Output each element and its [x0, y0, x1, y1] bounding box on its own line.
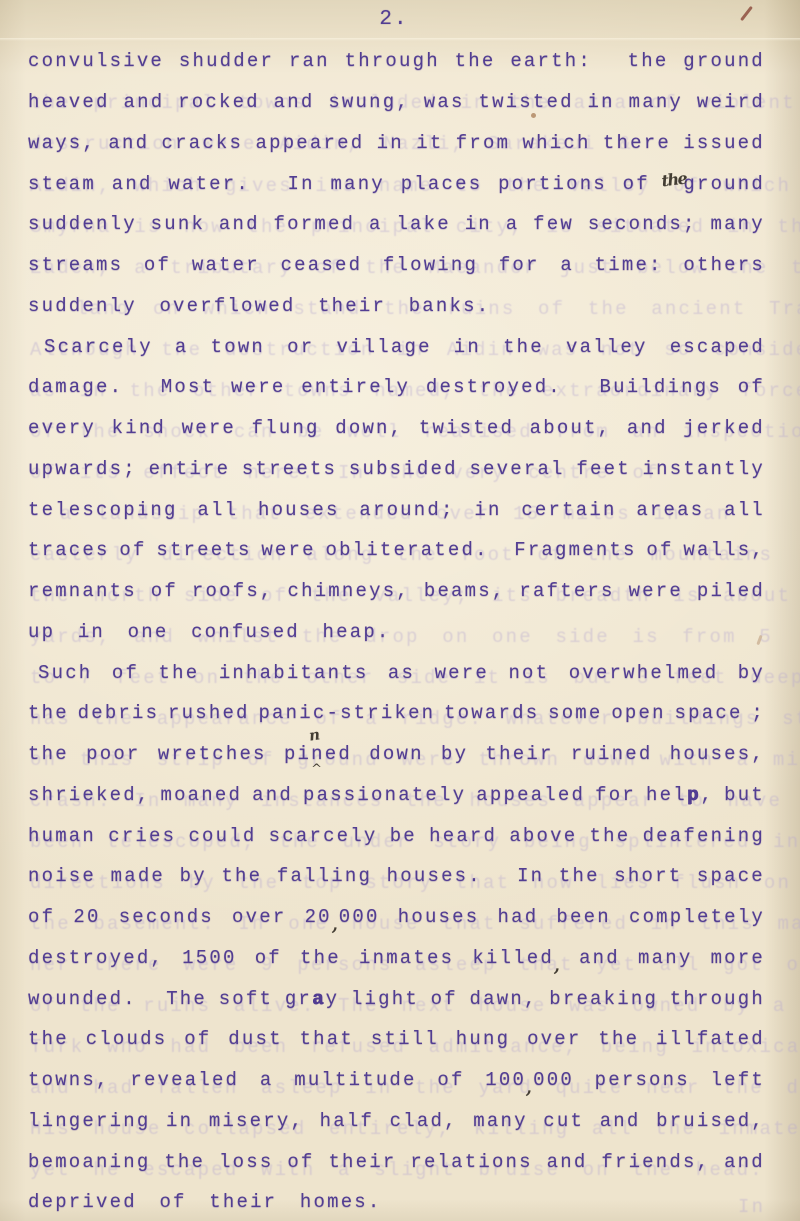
- typed-text: flowing: [383, 254, 478, 276]
- text-line: streamsofwaterceasedflowingforatime:othe…: [28, 245, 765, 286]
- typed-text: hel: [646, 784, 687, 806]
- typed-text: 000: [339, 906, 380, 928]
- typed-word: lingering: [28, 1110, 150, 1132]
- typed-text: houses: [398, 906, 480, 928]
- typed-word: the: [28, 1028, 69, 1050]
- typed-word: water: [192, 254, 260, 276]
- handwritten-comma: ,: [526, 1085, 533, 1086]
- typed-text: many: [473, 1110, 527, 1132]
- typed-word: their: [486, 743, 554, 765]
- typed-text: in: [166, 1110, 193, 1132]
- typed-text: twisted: [478, 91, 573, 113]
- text-line: of20secondsover20,000houseshadbeencomple…: [28, 897, 765, 938]
- typed-text: ruined: [571, 743, 653, 765]
- typed-text: moaned: [160, 784, 242, 806]
- typed-text: confused: [191, 621, 300, 643]
- typed-text: In: [517, 865, 544, 887]
- text-line: shrieked,moanedandpassionatelyappealedfo…: [28, 775, 765, 816]
- typed-text: and: [274, 91, 315, 113]
- typed-text: through: [345, 50, 440, 72]
- typed-text: sunk: [151, 213, 205, 235]
- typed-word: soft: [219, 988, 273, 1010]
- typed-word: overflowed: [159, 295, 295, 317]
- typed-word: inhabitants: [219, 662, 369, 684]
- typed-word: by: [180, 865, 207, 887]
- typed-word: Buildings: [600, 376, 722, 398]
- typed-text: their: [209, 1191, 277, 1213]
- typed-word: bemoaning: [28, 1151, 150, 1173]
- typed-word: earth:: [510, 50, 592, 72]
- typed-text: houses.: [387, 865, 482, 887]
- typed-word: in: [465, 213, 492, 235]
- typed-text: convulsive: [28, 50, 164, 72]
- typed-word: rocked: [178, 91, 260, 113]
- typed-text: town: [211, 336, 265, 358]
- text-line: steamandwater.Inmanyplacesportionsoftheg…: [28, 163, 765, 204]
- typed-word: houses,: [670, 743, 765, 765]
- typed-word: and: [219, 213, 260, 235]
- typed-word: every: [28, 417, 96, 439]
- typed-text: the: [455, 50, 496, 72]
- typed-text: of: [151, 580, 178, 602]
- typed-text: ;: [751, 702, 765, 724]
- typed-text: half: [320, 1110, 374, 1132]
- typed-text: it: [416, 132, 443, 154]
- typed-word: of: [255, 947, 282, 969]
- text-line: heavedandrockedandswung,wastwistedinmany…: [28, 82, 765, 123]
- typed-word: left: [711, 1069, 765, 1091]
- typed-text: over: [527, 1028, 581, 1050]
- typed-text: about,: [530, 417, 612, 439]
- typed-text: in: [588, 91, 615, 113]
- typed-text: overwhelmed: [569, 662, 719, 684]
- text-line: suddenlysunkandformedalakeinafewseconds;…: [28, 204, 765, 245]
- typed-word: in: [588, 91, 615, 113]
- typed-text: human: [28, 825, 96, 847]
- typed-text: village: [336, 336, 431, 358]
- typed-word: around;: [359, 499, 454, 521]
- typed-text: and: [112, 173, 153, 195]
- typed-word: sunk: [151, 213, 205, 235]
- typed-text: their: [328, 1151, 396, 1173]
- typed-word: had: [497, 906, 538, 928]
- typed-word: were: [629, 580, 683, 602]
- typed-text: rafters: [519, 580, 614, 602]
- typed-text: time:: [595, 254, 663, 276]
- typed-word: Scarcely: [44, 336, 153, 358]
- typed-word: the: [300, 947, 341, 969]
- typed-text: instantly: [643, 458, 765, 480]
- typed-word: several: [469, 458, 564, 480]
- typed-word: streets: [242, 458, 337, 480]
- typed-word: banks.: [409, 295, 491, 317]
- typed-text: banks.: [409, 295, 491, 317]
- typed-text: of: [738, 376, 765, 398]
- typed-text: open: [611, 702, 665, 724]
- typed-word: panic-striken: [258, 702, 435, 724]
- typed-word: open: [611, 702, 665, 724]
- typed-word: many: [710, 213, 764, 235]
- typed-word: in: [78, 621, 105, 643]
- typed-word: and: [579, 947, 620, 969]
- typed-word: time:: [595, 254, 663, 276]
- typed-text: for: [499, 254, 540, 276]
- typed-text: water.: [168, 173, 250, 195]
- typed-word: still: [371, 1028, 439, 1050]
- typed-text: of: [255, 947, 282, 969]
- typed-text: from: [456, 132, 510, 154]
- typed-text: overflowed: [159, 295, 295, 317]
- typed-text: a: [369, 213, 383, 235]
- typed-text: gr: [285, 988, 312, 1010]
- text-line: noisemadebythefallinghouses.Intheshortsp…: [28, 856, 765, 897]
- typed-text: subsided: [349, 458, 458, 480]
- typed-text: cut: [543, 1110, 584, 1132]
- typed-word: convulsive: [28, 50, 164, 72]
- typed-text: poor: [86, 743, 140, 765]
- typed-text: water: [192, 254, 260, 276]
- typed-word: that: [300, 1028, 354, 1050]
- typed-text: was: [424, 91, 465, 113]
- typed-word: through: [670, 988, 765, 1010]
- typed-word: breaking: [549, 988, 658, 1010]
- typed-word: chimneys,: [287, 580, 409, 602]
- typed-word: multitude: [294, 1069, 416, 1091]
- typed-word: confused: [191, 621, 300, 643]
- typed-text: heard: [429, 825, 497, 847]
- typed-word: or: [287, 336, 314, 358]
- typed-word: upwards;: [28, 458, 137, 480]
- typed-text: killed: [472, 947, 554, 969]
- typed-text: but: [724, 784, 765, 806]
- typed-text: pi: [284, 743, 311, 765]
- typed-word: space: [697, 865, 765, 887]
- typed-text: clad,: [390, 1110, 458, 1132]
- typed-word: which: [523, 132, 591, 154]
- text-line: humancriescouldscarcelybeheardabovethede…: [28, 815, 765, 856]
- typed-text: heap.: [323, 621, 391, 643]
- typed-text: earth:: [510, 50, 592, 72]
- typed-word: heaved: [28, 91, 110, 113]
- typed-text: kind: [112, 417, 166, 439]
- typed-text: around;: [359, 499, 454, 521]
- typed-word: up: [28, 621, 55, 643]
- typed-text: the: [28, 743, 69, 765]
- typed-text: of: [437, 1069, 464, 1091]
- typed-word: the: [455, 50, 496, 72]
- typed-text: were: [629, 580, 683, 602]
- typed-word: telescoping: [28, 499, 178, 521]
- typed-word: Most: [161, 376, 215, 398]
- typed-word: half: [320, 1110, 374, 1132]
- typed-word: but: [724, 784, 765, 806]
- typed-word: twisted: [419, 417, 514, 439]
- typed-word: 1500: [182, 947, 236, 969]
- typed-word: escaped: [670, 336, 765, 358]
- typed-text: were: [435, 662, 489, 684]
- typed-text: flung: [252, 417, 320, 439]
- typed-word: revealed: [130, 1069, 239, 1091]
- typed-word: of: [151, 580, 178, 602]
- handwritten-comma: ,: [332, 922, 339, 923]
- typed-word: destroyed,: [28, 947, 164, 969]
- typed-word: cracks: [162, 132, 244, 154]
- typed-word: walls,: [683, 539, 765, 561]
- typed-text: of: [119, 539, 146, 561]
- typed-text: roofs,: [192, 580, 274, 602]
- typed-word: destroyed.: [426, 376, 562, 398]
- typed-word: traces: [28, 539, 110, 561]
- typed-text: 20: [73, 906, 100, 928]
- typed-text: valley: [566, 336, 648, 358]
- typed-word: and: [108, 132, 149, 154]
- typed-word: seconds: [119, 906, 214, 928]
- typed-word: ran: [289, 50, 330, 72]
- typed-text: in: [474, 499, 501, 521]
- typed-text: soft: [219, 988, 273, 1010]
- typed-text: chimneys,: [287, 580, 409, 602]
- typed-word: rushed: [168, 702, 250, 724]
- typed-text: still: [371, 1028, 439, 1050]
- typed-text: a: [260, 1069, 274, 1091]
- typed-text: breaking: [549, 988, 658, 1010]
- typed-text: steam: [28, 173, 96, 195]
- typed-word: remnants: [28, 580, 137, 602]
- overstruck-character: a: [312, 988, 326, 1010]
- typed-word: and: [724, 1151, 765, 1173]
- typed-word: friends,: [601, 1151, 710, 1173]
- typed-word: more: [711, 947, 765, 969]
- typed-word: valley: [566, 336, 648, 358]
- typed-word: village: [336, 336, 431, 358]
- typed-word: and: [252, 784, 293, 806]
- typed-text: the: [28, 1028, 69, 1050]
- typed-text: completely: [629, 906, 765, 928]
- typed-text: loss: [219, 1151, 273, 1173]
- typed-word: many: [331, 173, 385, 195]
- typed-text: certain: [521, 499, 616, 521]
- text-line: thecloudsofdustthatstillhungovertheillfa…: [28, 1019, 765, 1060]
- typed-word: the: [598, 1028, 639, 1050]
- typed-word: the: [559, 865, 600, 887]
- typed-text: down,: [335, 417, 403, 439]
- typewritten-page-scan: the principal towns included in the area…: [0, 0, 800, 1221]
- typed-word: many: [638, 947, 692, 969]
- typed-text: places: [401, 173, 483, 195]
- typed-text: persons: [595, 1069, 690, 1091]
- typed-word: human: [28, 825, 96, 847]
- typed-word: and: [600, 1110, 641, 1132]
- text-line: tracesofstreetswereobliterated.Fragments…: [28, 530, 765, 571]
- typed-word: suddenly: [28, 295, 137, 317]
- typed-text: issued: [683, 132, 765, 154]
- typed-word: roofs,: [192, 580, 274, 602]
- typed-word: deafening: [643, 825, 765, 847]
- text-line: destroyed,1500oftheinmateskilled,andmany…: [28, 938, 765, 979]
- typed-text: of: [144, 254, 171, 276]
- typed-text: escaped: [670, 336, 765, 358]
- typed-text: friends,: [601, 1151, 710, 1173]
- typed-text: there: [603, 132, 671, 154]
- typed-text: homes.: [300, 1191, 382, 1213]
- typed-text: ways,: [28, 132, 96, 154]
- typed-text: and: [219, 213, 260, 235]
- typed-text: Most: [161, 376, 215, 398]
- typed-word: the: [164, 1151, 205, 1173]
- typed-word: In: [517, 865, 544, 887]
- typed-text: beams,: [424, 580, 506, 602]
- typed-word: of: [119, 539, 146, 561]
- typed-text: more: [711, 947, 765, 969]
- typed-text: over: [232, 906, 286, 928]
- typed-word: help,: [646, 784, 714, 806]
- typed-text: Scarcely: [44, 336, 153, 358]
- typed-text: of: [184, 1028, 211, 1050]
- typed-text: left: [711, 1069, 765, 1091]
- typed-word: of: [437, 1069, 464, 1091]
- text-line: thepoorwretchespinn^eddownbytheirruinedh…: [28, 734, 765, 775]
- typed-text: by: [180, 865, 207, 887]
- typed-word: houses.: [387, 865, 482, 887]
- typed-text: towards: [444, 702, 539, 724]
- typed-word: piled: [697, 580, 765, 602]
- typed-word: water.: [168, 173, 250, 195]
- typed-text: of: [287, 1151, 314, 1173]
- typed-text: many: [638, 947, 692, 969]
- typed-text: destroyed,: [28, 947, 164, 969]
- typed-word: jerked: [683, 417, 765, 439]
- text-line: towns,revealedamultitudeof100,000persons…: [28, 1060, 765, 1101]
- typed-text: were: [182, 417, 236, 439]
- typed-text: seconds;: [588, 213, 697, 235]
- typed-text: Such: [38, 662, 92, 684]
- typed-text: lingering: [28, 1110, 150, 1132]
- typed-text: and: [123, 91, 164, 113]
- typed-word: houses: [398, 906, 480, 928]
- typed-word: a: [506, 213, 520, 235]
- typed-text: of: [28, 906, 55, 928]
- typed-word: wretches: [158, 743, 267, 765]
- typed-text: by: [441, 743, 468, 765]
- typed-word: their: [318, 295, 386, 317]
- typed-word: the: [159, 662, 200, 684]
- typed-text: ground: [683, 173, 765, 195]
- typed-word: of: [646, 539, 673, 561]
- typed-text: space: [675, 702, 743, 724]
- typed-text: appeared: [255, 132, 364, 154]
- typed-word: completely: [629, 906, 765, 928]
- typed-text: destroyed.: [426, 376, 562, 398]
- typed-word: bruised,: [656, 1110, 765, 1132]
- typed-word: flowing: [383, 254, 478, 276]
- typed-text: appealed: [476, 784, 585, 806]
- typed-word: dust: [228, 1028, 282, 1050]
- typed-word: debris: [78, 702, 160, 724]
- typed-text: rushed: [168, 702, 250, 724]
- typed-text: wretches: [158, 743, 267, 765]
- typed-word: many: [473, 1110, 527, 1132]
- typed-text: had: [497, 906, 538, 928]
- typed-word: be: [390, 825, 417, 847]
- typed-word: persons: [595, 1069, 690, 1091]
- typed-word: in: [377, 132, 404, 154]
- typed-text: 000: [533, 1069, 574, 1091]
- typed-text: seconds: [119, 906, 214, 928]
- typed-text: jerked: [683, 417, 765, 439]
- typed-word: The: [166, 988, 207, 1010]
- typed-word: twisted: [478, 91, 573, 113]
- typed-word: ruined: [571, 743, 653, 765]
- typed-word: streams: [28, 254, 123, 276]
- typed-word: short: [614, 865, 682, 887]
- typed-word: towns,: [28, 1069, 110, 1091]
- typed-word: of: [144, 254, 171, 276]
- typed-word: some: [548, 702, 602, 724]
- typed-text: been: [556, 906, 610, 928]
- typed-text: made: [111, 865, 165, 887]
- typed-text: up: [28, 621, 55, 643]
- typed-word: a: [560, 254, 574, 276]
- typed-text: revealed: [130, 1069, 239, 1091]
- typed-text: above: [509, 825, 577, 847]
- typed-word: dawn,: [470, 988, 538, 1010]
- typed-word: relations: [410, 1151, 532, 1173]
- typed-word: houses: [258, 499, 340, 521]
- typed-text: others: [683, 254, 765, 276]
- typed-text: ceased: [281, 254, 363, 276]
- typed-text: the: [164, 1151, 205, 1173]
- typed-word: feet: [576, 458, 630, 480]
- typed-word: been: [556, 906, 610, 928]
- typed-text: and: [579, 947, 620, 969]
- typed-word: was: [424, 91, 465, 113]
- typed-text: ran: [289, 50, 330, 72]
- typed-text: cracks: [162, 132, 244, 154]
- typed-text: the: [559, 865, 600, 887]
- typed-text: and: [600, 1110, 641, 1132]
- typed-text: streets: [156, 539, 251, 561]
- typed-word: were: [261, 539, 315, 561]
- typed-text: through: [670, 988, 765, 1010]
- text-block: convulsiveshudderranthroughtheearth:theg…: [28, 41, 765, 1221]
- typed-word: a: [175, 336, 189, 358]
- typed-text: many: [710, 213, 764, 235]
- typed-text: feet: [576, 458, 630, 480]
- text-line: convulsiveshudderranthroughtheearth:theg…: [28, 41, 765, 82]
- typed-word: of: [287, 1151, 314, 1173]
- typed-text: in: [465, 213, 492, 235]
- typed-word: cries: [108, 825, 176, 847]
- typed-word: illfated: [656, 1028, 765, 1050]
- typed-text: obliterated.: [325, 539, 488, 561]
- typed-word: kind: [112, 417, 166, 439]
- typed-text: of: [623, 173, 650, 195]
- handwritten-insertion: the: [660, 168, 687, 190]
- typed-text: were: [261, 539, 315, 561]
- typed-text: ground: [683, 50, 765, 72]
- typed-text: dawn,: [470, 988, 538, 1010]
- typed-word: appeared: [255, 132, 364, 154]
- typed-text: illfated: [656, 1028, 765, 1050]
- typed-text: weird: [697, 91, 765, 113]
- typed-text: passionately: [303, 784, 466, 806]
- typed-word: over: [527, 1028, 581, 1050]
- typed-word: swung,: [328, 91, 410, 113]
- typed-word: damage.: [28, 376, 123, 398]
- typed-text: suddenly: [28, 295, 137, 317]
- typed-word: all: [197, 499, 238, 521]
- text-line: wounded.Thesoftgraylightofdawn,breakingt…: [28, 978, 765, 1019]
